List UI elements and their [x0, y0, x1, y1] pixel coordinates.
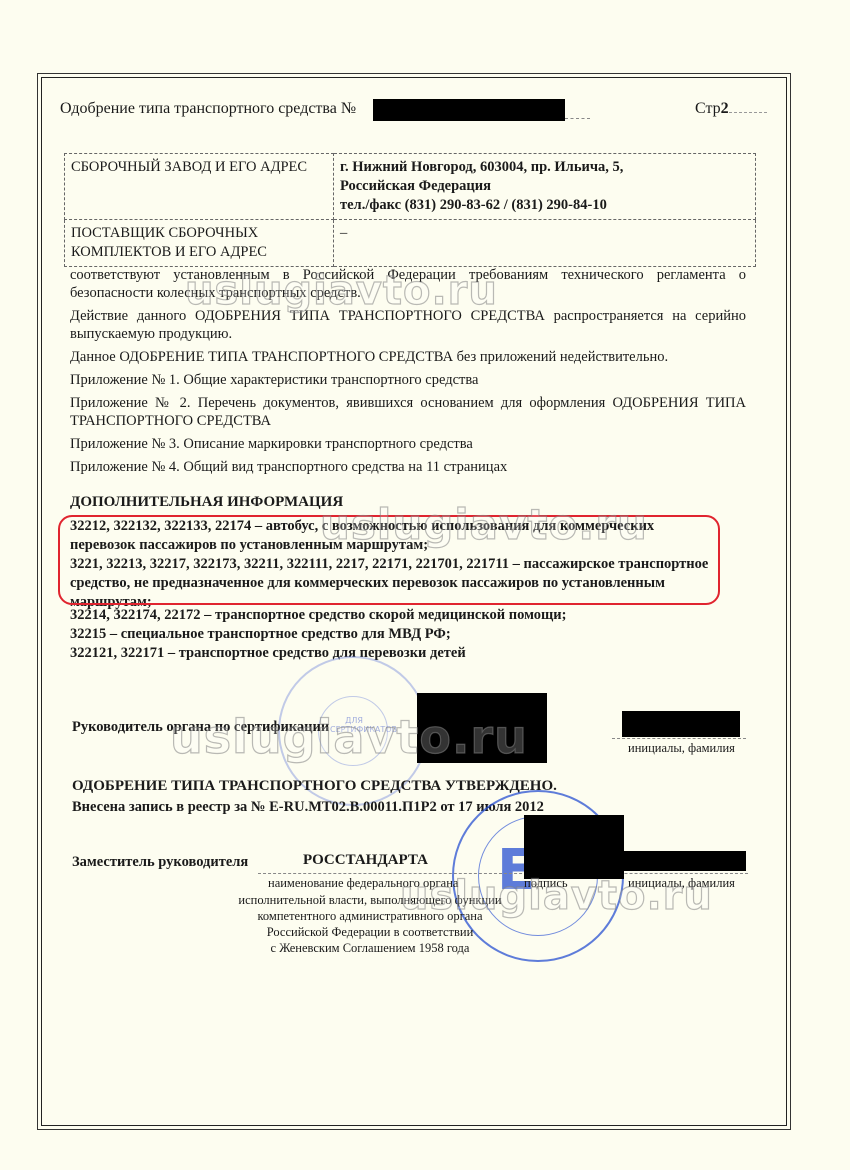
document-title: Одобрение типа транспортного средства № — [60, 100, 356, 118]
document-title-text: Одобрение типа транспортного средства № — [60, 100, 356, 117]
redacted-signature-2 — [524, 815, 624, 879]
kit-supplier-value: – — [334, 220, 756, 267]
page-label: Стр — [695, 100, 721, 117]
paragraph: соответствуют установленным в Российской… — [70, 266, 746, 302]
agency-name: РОССТАНДАРТА — [303, 852, 428, 869]
address-line: г. Нижний Новгород, 603004, пр. Ильича, … — [340, 158, 749, 177]
agency-caption: наименование федерального органа — [268, 876, 458, 891]
initials-caption-2: инициалы, фамилия — [628, 876, 735, 891]
assembly-plant-label: СБОРОЧНЫЙ ЗАВОД И ЕГО АДРЕС — [65, 154, 334, 220]
agency-note-line: Российской Федерации в соответствии — [225, 924, 515, 940]
list-item: 32215 – специальное транспортное средств… — [70, 625, 746, 644]
initials-line — [612, 738, 746, 739]
appendix-4: Приложение № 4. Общий вид транспортного … — [70, 458, 746, 476]
deputy-head-label: Заместитель руководителя — [72, 854, 248, 871]
agency-note-line: с Женевским Соглашением 1958 года — [225, 940, 515, 956]
agency-note: исполнительной власти, выполняющего функ… — [225, 892, 515, 956]
page-number-underline — [729, 112, 767, 113]
list-item: 32214, 322174, 22172 – транспортное сред… — [70, 606, 746, 625]
phone-fax-line: тел./факс (831) 290-83-62 / (831) 290-84… — [340, 196, 749, 215]
paragraph: Данное ОДОБРЕНИЕ ТИПА ТРАНСПОРТНОГО СРЕД… — [70, 348, 746, 366]
redacted-initials-2 — [620, 851, 746, 871]
agency-note-line: исполнительной власти, выполняющего функ… — [225, 892, 515, 908]
table-row: ПОСТАВЩИК СБОРОЧНЫХ КОМПЛЕКТОВ И ЕГО АДР… — [65, 220, 756, 267]
approved-title: ОДОБРЕНИЕ ТИПА ТРАНСПОРТНОГО СРЕДСТВА УТ… — [72, 778, 557, 795]
page-number-value: 2 — [721, 100, 729, 117]
page-number: Стр2 — [695, 100, 767, 118]
registry-entry: Внесена запись в реестр за № E-RU.MT02.B… — [72, 799, 544, 816]
manufacturer-info-table: СБОРОЧНЫЙ ЗАВОД И ЕГО АДРЕС г. Нижний Но… — [64, 153, 756, 267]
table-row: СБОРОЧНЫЙ ЗАВОД И ЕГО АДРЕС г. Нижний Но… — [65, 154, 756, 220]
head-of-certification-label: Руководитель органа по сертификации — [72, 719, 329, 736]
additional-info-heading: ДОПОЛНИТЕЛЬНАЯ ИНФОРМАЦИЯ — [70, 494, 343, 511]
list-item: 322121, 322171 – транспортное средство д… — [70, 644, 746, 663]
appendix-1: Приложение № 1. Общие характеристики тра… — [70, 371, 746, 389]
redacted-number — [373, 99, 565, 121]
additional-info-list: 32214, 322174, 22172 – транспортное сред… — [70, 606, 746, 663]
initials-caption: инициалы, фамилия — [628, 741, 735, 756]
address-line: Российская Федерация — [340, 177, 749, 196]
title-underline — [565, 118, 590, 119]
assembly-plant-address: г. Нижний Новгород, 603004, пр. Ильича, … — [334, 154, 756, 220]
paragraph: Действие данного ОДОБРЕНИЯ ТИПА ТРАНСПОР… — [70, 307, 746, 343]
agency-note-line: компетентного административного органа — [225, 908, 515, 924]
body-paragraphs: соответствуют установленным в Российской… — [70, 266, 746, 481]
redacted-initials — [622, 711, 740, 737]
stamp-text: ДЛЯ СЕРТИФИКАТОВ — [330, 716, 378, 734]
appendix-3: Приложение № 3. Описание маркировки тран… — [70, 435, 746, 453]
highlight-box — [58, 515, 720, 605]
signature-caption: подпись — [524, 876, 568, 891]
redacted-signature — [417, 693, 547, 763]
deputy-signature-line — [258, 873, 748, 874]
appendix-2: Приложение № 2. Перечень документов, яви… — [70, 394, 746, 430]
kit-supplier-label: ПОСТАВЩИК СБОРОЧНЫХ КОМПЛЕКТОВ И ЕГО АДР… — [65, 220, 334, 267]
